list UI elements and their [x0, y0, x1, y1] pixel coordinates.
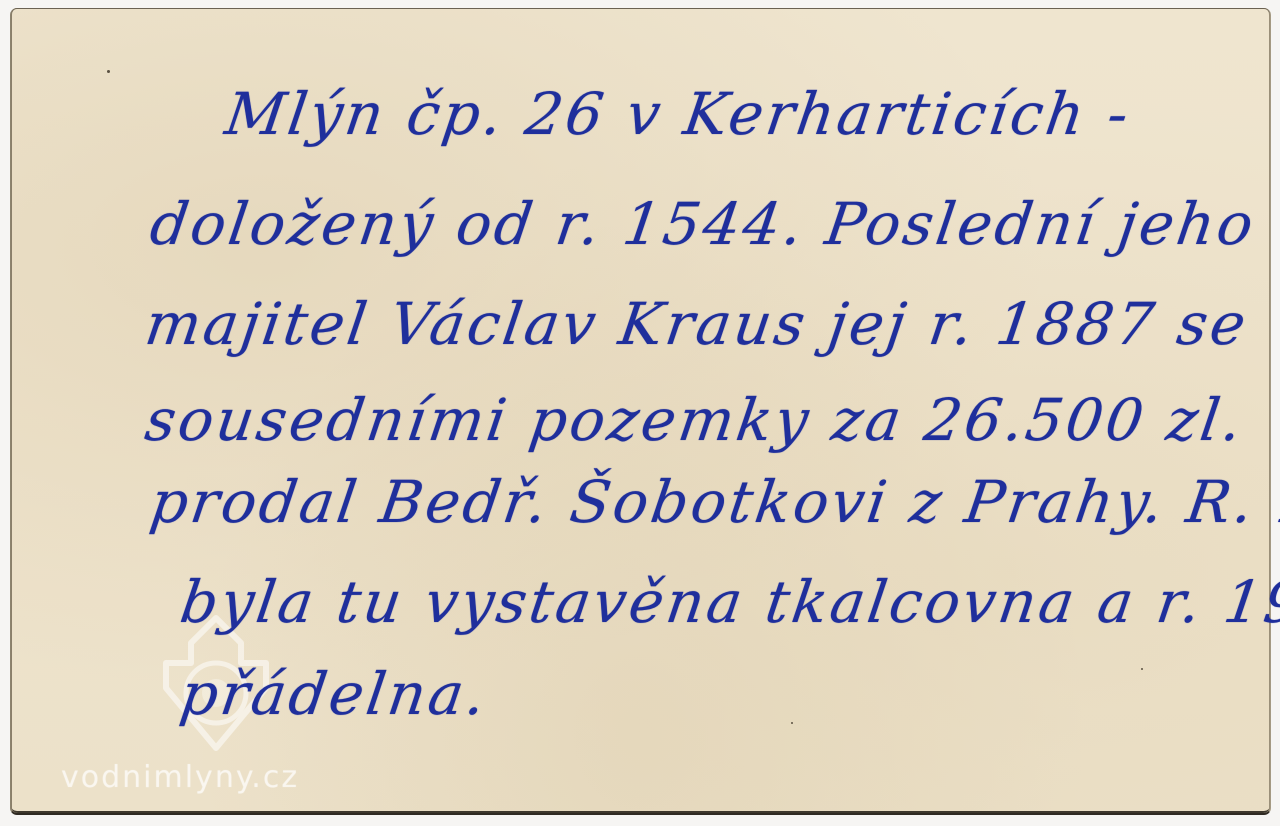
handwritten-card: Mlýn čp. 26 v Kerharticích - doložený od… [10, 8, 1271, 815]
text-line-3: majitel Václav Kraus jej r. 1887 se [141, 290, 1253, 358]
handwritten-text: Mlýn čp. 26 v Kerharticích - doložený od… [11, 8, 1270, 813]
paper-speck [107, 70, 110, 73]
paper-speck [791, 722, 793, 724]
text-line-2: doložený od r. 1544. Poslední jeho [146, 190, 1260, 258]
text-line-1: Mlýn čp. 26 v Kerharticích - [221, 80, 1135, 148]
scan-background: Mlýn čp. 26 v Kerharticích - doložený od… [0, 0, 1280, 826]
text-line-4: sousedními pozemky za 26.500 zl. [141, 386, 1248, 454]
text-line-5: prodal Bedř. Šobotkovi z Prahy. R. 1888 [146, 468, 1280, 536]
text-line-6: byla tu vystavěna tkalcovna a r. 1907 [176, 568, 1280, 636]
text-line-7: přádelna. [176, 660, 492, 728]
paper-speck [1141, 668, 1143, 670]
watermark-text: vodnimlyny.cz [61, 760, 299, 795]
